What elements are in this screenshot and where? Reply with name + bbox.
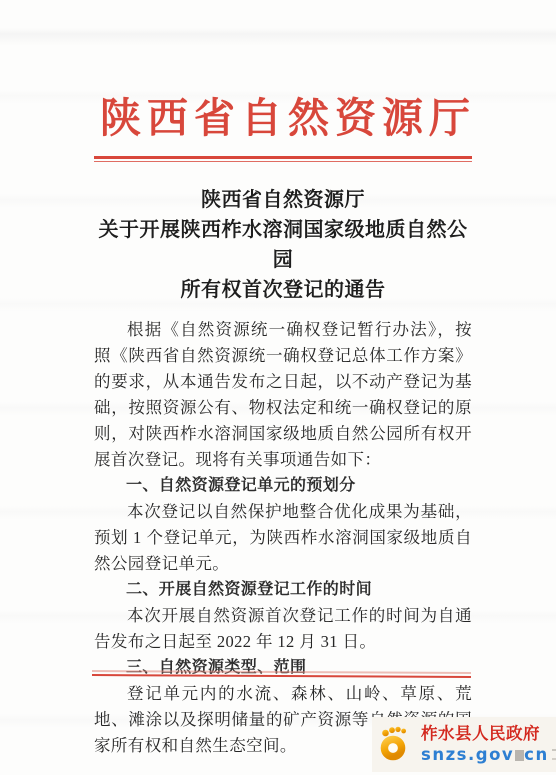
site-name: 柞水县人民政府 — [421, 726, 556, 743]
site-badge-text: 柞水县人民政府 snzs.govcn — [421, 726, 556, 763]
notice-body: 根据《自然资源统一确权登记暂行办法》，按照《陕西省自然资源统一确权登记总体工作方… — [94, 317, 472, 759]
watermark-smudge — [515, 750, 524, 761]
intro-paragraph: 根据《自然资源统一确权登记暂行办法》，按照《陕西省自然资源统一确权登记总体工作方… — [94, 317, 472, 473]
section-1-paragraph: 本次登记以自然保护地整合优化成果为基础，预划 1 个登记单元，为陕西柞水溶洞国家… — [94, 499, 472, 577]
watermark-mark — [552, 749, 556, 760]
site-url-prefix: snzs.gov — [421, 745, 514, 764]
letterhead-rule-thick — [94, 156, 472, 159]
document-page: 陕西省自然资源厅 陕西省自然资源厅 关于开展陕西柞水溶洞国家级地质自然公园 所有… — [0, 0, 556, 775]
letterhead-rule — [94, 156, 472, 162]
site-url-suffix: cn — [524, 745, 549, 764]
section-2-paragraph: 本次开展自然资源首次登记工作的时间为自通告发布之日起至 2022 年 12 月 … — [94, 603, 472, 655]
document-title-line-2: 关于开展陕西柞水溶洞国家级地质自然公园 — [94, 215, 472, 275]
document-title-line-3: 所有权首次登记的通告 — [94, 275, 472, 305]
site-badge: 柞水县人民政府 snzs.govcn — [372, 717, 556, 772]
section-heading-2: 二、开展自然资源登记工作的时间 — [94, 577, 472, 603]
document-title-line-1: 陕西省自然资源厅 — [94, 185, 472, 215]
letterhead-title: 陕西省自然资源厅 — [94, 0, 472, 144]
footprint-logo-icon — [380, 725, 412, 766]
site-url: snzs.govcn — [421, 747, 556, 764]
section-heading-1: 一、自然资源登记单元的预划分 — [94, 473, 472, 499]
letterhead-rule-thin — [94, 161, 472, 162]
document-title: 陕西省自然资源厅 关于开展陕西柞水溶洞国家级地质自然公园 所有权首次登记的通告 — [94, 185, 472, 305]
